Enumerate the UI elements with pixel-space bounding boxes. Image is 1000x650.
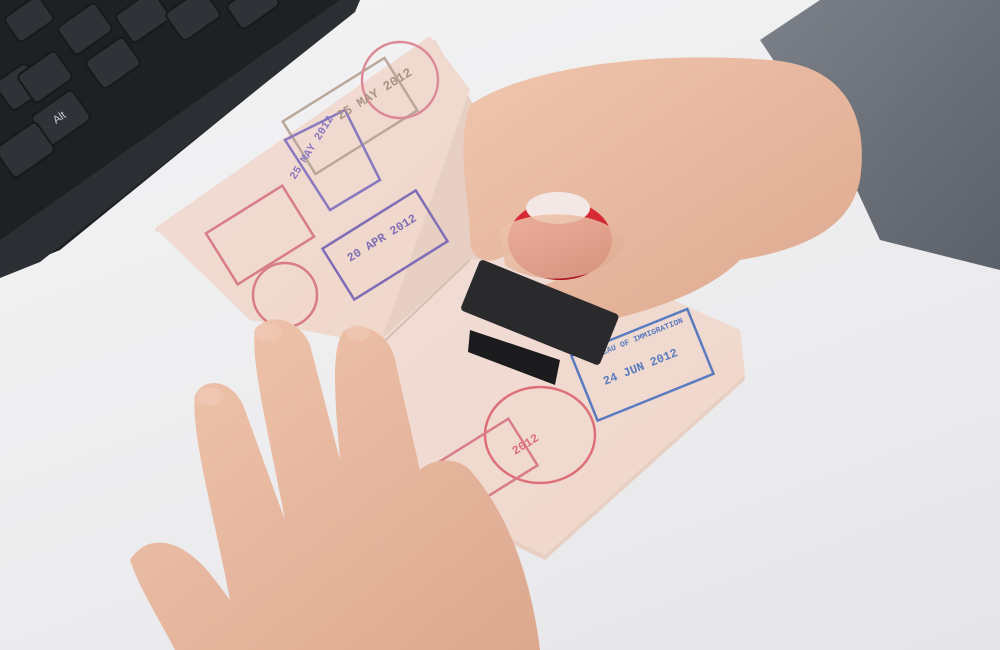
photo-scene: Alt 25 MAY 2012 25 MAY 2012 20 APR 2012 … <box>0 0 1000 650</box>
scene-illustration: Alt 25 MAY 2012 25 MAY 2012 20 APR 2012 … <box>0 0 1000 650</box>
